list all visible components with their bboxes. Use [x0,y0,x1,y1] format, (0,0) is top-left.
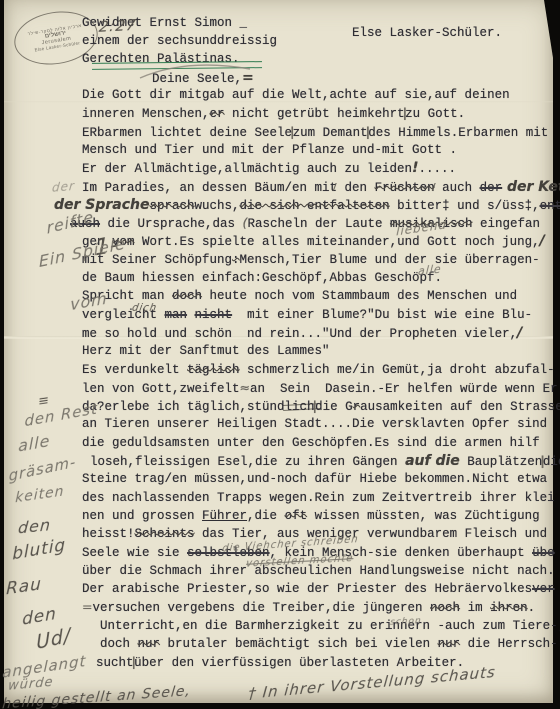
typed-text: Wort.Es spielte alles miteinander,und Go… [135,235,540,249]
typed-text: zum Demant [293,126,368,140]
struck-out-text: Scheints [135,527,195,541]
typed-text: an Sein Dasein.-Er helfen würde wenn Er [250,382,558,396]
typed-line: mit Seiner Schöpfung:Mensch,Tier Blume u… [82,251,540,269]
typed-text: len von Gott,zweifelt [82,382,240,396]
typed-text: Er der Allmächtige,allmächtig auch zu le… [82,162,412,176]
typed-text: ..... [418,162,456,176]
struck-out-text: er [210,107,225,121]
struck-out-text: nicht [195,308,233,322]
typed-line: auch die Ursprache,das (Rascheln der Lau… [70,214,540,232]
typed-text: zu Gott. [405,107,465,121]
typed-text: das Tier, aus weniger verwundbarem Fleis… [195,527,548,541]
struck-out-text: nur [438,637,461,651]
typed-text: Bauplätzen [460,455,543,469]
handwritten-insert: der Ketten [502,179,560,195]
typed-line: Steine trag/en müssen,und-noch dafür Hie… [82,470,547,488]
typed-line: Herz mit der Sanftmut des Lammes" [82,342,330,360]
typed-text: Es verdunkelt [82,363,187,377]
typed-text: Im Paradies, an dessen Bäum/en mit den [82,181,375,195]
typed-text: Der arabische Priester,so wie der Priest… [82,582,532,596]
typed-line: des nachlassenden Trapps wegen.Rein zum … [82,489,555,507]
typed-text: des Himmels.Erbarmen mit [368,126,548,140]
typed-text: schmerzlich me/in Gemüt,ja droht abzufal… [240,363,555,377]
struck-out-text: der [480,181,503,195]
typed-line: de Baum hiessen einfach:Geschöpf,Abbas G… [82,269,442,287]
typed-text: nen und grossen [82,509,202,523]
typed-line: gen vom Wort.Es spielte alles miteinande… [82,232,545,250]
typed-line: =versuchen vergebens die Treiber,die jün… [82,598,535,616]
typed-line: Die Gott dir mitgab auf die Welt,achte a… [82,86,510,104]
struck-out-text: übe [532,546,555,560]
typed-line: sucht|über den vierfüssigen überlasteten… [96,653,464,671]
typed-line: der Sprachesprachwuchs,die sich entfalte… [54,196,560,214]
struck-out-text: die sich entfalteten [240,199,390,213]
typed-text: im [460,601,490,615]
typed-line: nen und grossen Führer,die oft wissen mü… [82,507,540,525]
struck-out-text: täglich [187,363,240,377]
typed-text: Die Gott dir mitgab auf die Welt,achte a… [82,88,510,102]
typed-text: ausamkeiten auf den Strassen [360,400,560,414]
typed-text: die Ursprache,das [100,217,243,231]
typed-text: Seele wie sie [82,546,187,560]
typed-text: wuchs, [195,199,240,213]
typed-text: me so hold und schön nd rein..."Und der … [82,327,517,341]
underlined-text: Führer [202,509,247,523]
typed-text: Mensch und Tier und mit der Pflanze und-… [82,143,457,157]
typed-line: die geduldsamsten unter den Geschöpfen.E… [82,434,540,452]
typed-text: Unterricht,en die Barmherzigkeit zu erin… [100,619,560,633]
typed-text: wissen müssten, was Züchtigung [307,509,540,523]
typed-text: die [543,455,560,469]
typed-body: Die Gott dir mitgab auf die Welt,achte a… [82,86,552,686]
typed-text: die geduldsamsten unter den Geschöpfen.E… [82,436,540,450]
typed-text: des nachlassenden Trapps wegen.Rein zum … [82,491,555,505]
typed-line: loseh,fleissigen Esel,die zu ihren Gänge… [90,452,560,470]
typed-text: Steine trag/en müssen,und-noch dafür Hie… [82,472,547,486]
handwritten-note: alle [418,263,442,279]
struck-out-text: oft [285,509,308,523]
struck-out-text: man [165,308,188,322]
typed-line: doch nur brutaler bemächtigt sich bei vi… [100,635,558,653]
typed-text: mit einer Blume?"Du bist wie eine Blu- [232,308,532,322]
typed-text: ERbarmen lichtet deine Seele [82,126,292,140]
typed-text: . [528,601,536,615]
typed-text: heisst! [82,527,135,541]
typed-text: an Tieren unserer Heiligen Stadt....Die … [82,417,547,431]
typed-text: sucht [96,656,134,670]
typed-text: doch [100,637,138,651]
struck-out-text: Früchten [375,181,435,195]
handwritten-note: schon [389,616,422,628]
typed-line: Mensch und Tier und mit der Pflanze und-… [82,141,457,159]
typed-line: Es verdunkelt täglich schmerzlich me/in … [82,361,555,379]
handwritten-note: der [51,179,75,195]
handwritten-insert: = [82,599,92,614]
handwritten-insert: / [540,233,545,249]
typed-text: brutaler bemächtigt sich bei vielen [160,637,438,651]
typed-text: bitter‡ und s/üss‡, [390,199,540,213]
typed-line: ERbarmen lichtet deine Seele|zum Demant|… [82,123,548,141]
typed-text: loseh,fleissigen Esel,die zu ihren Gänge… [90,455,405,469]
handwritten-insert: / [517,325,522,341]
handwritten-note: 2:27 [98,16,138,36]
struck-out-text: ver [532,582,555,596]
struck-out-text: entfe,ltete [540,199,560,213]
typed-text: über den vierfüssigen überlasteten Arbei… [134,656,464,670]
typed-line: da?erlebe ich täglich,stündlich|die Grau… [82,397,560,415]
typed-line: Der arabische Priester,so wie der Priest… [82,580,555,598]
typed-text: Herz mit der Sanftmut des Lammes" [82,344,330,358]
handwritten-insert: der Sprache [54,197,150,213]
struck-out-text: sprach [150,199,195,213]
typed-text: auch [435,181,480,195]
typed-line: me so hold und schön nd rein..."Und der … [82,324,522,342]
typed-line: len von Gott,zweifelt≈an Sein Dasein.-Er… [82,379,558,397]
typed-text: nicht getrübt heimkehrt [225,107,405,121]
struck-out-text: : [232,253,240,267]
typed-line: an Tieren unserer Heiligen Stadt....Die … [82,415,547,433]
typed-text: da?erlebe ich täglich,stündlich [82,400,315,414]
handwritten-note: den [17,515,51,538]
struck-out-text: noch [430,601,460,615]
struck-out-text: doch [172,289,202,303]
handwritten-insert: auf die [405,453,460,469]
pencil-arc [136,56,256,86]
handwritten-note: dich [131,303,158,314]
typed-text: eingefan [472,217,540,231]
handwritten-insert: ≈ [240,380,250,395]
typed-text: ,die [247,509,285,523]
typed-text: inneren Menschen, [82,107,210,121]
dedication-line-2: einem der sechsunddreissig [82,34,277,48]
typed-line: Unterricht,en die Barmherzigkeit zu erin… [100,617,560,635]
typed-text [187,308,195,322]
typed-line: Im Paradies, an dessen Bäum/en mit den F… [82,178,560,196]
typed-text: versuchen vergebens die Treiber,die jüng… [92,601,430,615]
struck-out-text: nur [138,637,161,651]
manuscript-photo: { "document_type": "typewritten manuscri… [0,0,560,709]
typed-text: Mensch,Tier Blume und der sie überragen- [240,253,540,267]
typed-text: heute noch vom Stammbaum des Menschen un… [202,289,517,303]
struck-out-text: ihren [490,601,528,615]
typed-text: Rascheln der Laute [247,217,390,231]
author-name: Else Lasker-Schüler. [352,26,502,40]
typed-text: die G [315,400,353,414]
typed-text: de Baum hiessen einfach:Geschöpf,Abbas G… [82,271,442,285]
typed-line: inneren Menschen,er nicht getrübt heimke… [82,104,465,122]
typed-line: Er der Allmächtige,allmächtig auch zu le… [82,159,456,177]
typed-text: die Herrsch- [460,637,558,651]
